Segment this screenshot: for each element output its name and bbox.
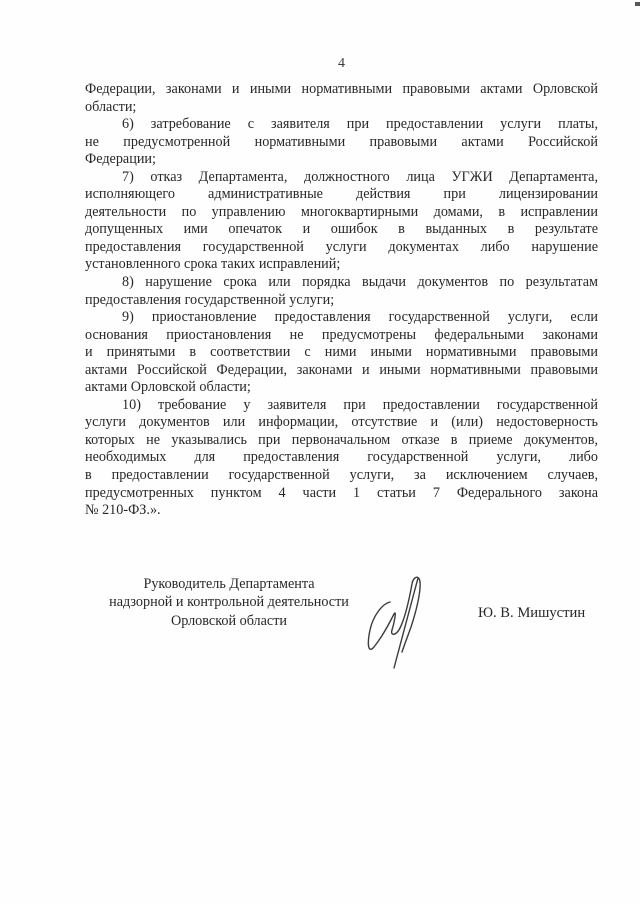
- text-line: которых не указывались при первоначально…: [85, 432, 598, 450]
- paragraph: 10) требование у заявителя при предостав…: [85, 397, 598, 520]
- text-line: области;: [85, 99, 598, 117]
- text-line: № 210-ФЗ.».: [85, 502, 598, 520]
- text-line: установленного срока таких исправлений;: [85, 256, 598, 274]
- paragraph: 8) нарушение срока или порядка выдачи до…: [85, 274, 598, 309]
- text-line: 10) требование у заявителя при предостав…: [85, 397, 598, 415]
- signatory-title-line: Руководитель Департамента: [101, 575, 357, 593]
- text-line: не предусмотренной нормативными правовым…: [85, 134, 598, 152]
- signatory-title: Руководитель Департамента надзорной и ко…: [101, 575, 357, 630]
- text-line: предусмотренных пунктом 4 части 1 статьи…: [85, 485, 598, 503]
- paragraph: Федерации, законами и иными нормативными…: [85, 81, 598, 116]
- text-line: допущенных ими опечаток и ошибок в выдан…: [85, 221, 598, 239]
- text-line: Федерации;: [85, 151, 598, 169]
- text-line: и принятыми в соответствии с ними иными …: [85, 344, 598, 362]
- text-line: предоставления государственной услуги;: [85, 292, 598, 310]
- text-line: 8) нарушение срока или порядка выдачи до…: [85, 274, 598, 292]
- text-line: Федерации, законами и иными нормативными…: [85, 81, 598, 99]
- page-number: 4: [85, 56, 598, 72]
- signatory-title-line: надзорной и контрольной деятельности: [101, 593, 357, 611]
- text-line: услуги документов или информации, отсутс…: [85, 414, 598, 432]
- text-line: 6) затребование с заявителя при предоста…: [85, 116, 598, 134]
- text-line: предоставления государственной услуги до…: [85, 239, 598, 257]
- text-line: актами Орловской области;: [85, 379, 598, 397]
- paragraph: 7) отказ Департамента, должностного лица…: [85, 169, 598, 274]
- text-line: в предоставлении государственной услуги,…: [85, 467, 598, 485]
- text-line: основания приостановления не предусмотре…: [85, 327, 598, 345]
- handwritten-signature: [352, 570, 442, 675]
- paragraph: 9) приостановление предоставления госуда…: [85, 309, 598, 397]
- document-body: Федерации, законами и иными нормативными…: [85, 81, 598, 520]
- text-line: исполняющего административные действия п…: [85, 186, 598, 204]
- text-line: 9) приостановление предоставления госуда…: [85, 309, 598, 327]
- text-line: актами Российской Федерации, законами и …: [85, 362, 598, 380]
- text-line: деятельности по управлению многоквартирн…: [85, 204, 598, 222]
- text-line: 7) отказ Департамента, должностного лица…: [85, 169, 598, 187]
- signatory-title-line: Орловской области: [101, 612, 357, 630]
- signatory-name: Ю. В. Мишустин: [478, 605, 585, 622]
- text-line: необходимых для предоставления государст…: [85, 449, 598, 467]
- scanned-document-page: 4 Федерации, законами и иными нормативны…: [0, 0, 640, 905]
- paragraph: 6) затребование с заявителя при предоста…: [85, 116, 598, 169]
- scan-artifact: [635, 2, 640, 6]
